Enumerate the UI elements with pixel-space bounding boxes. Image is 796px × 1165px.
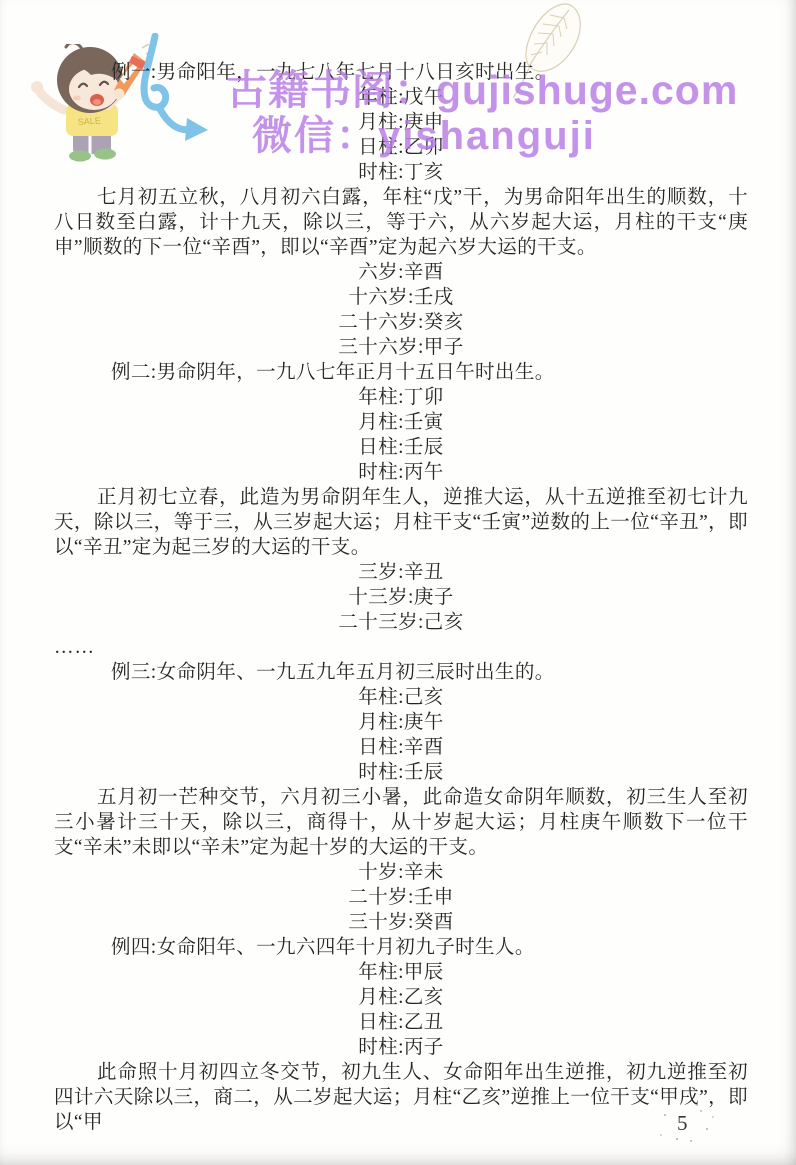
pillar-line: 年柱:戊午 [54,85,748,110]
luck-period-line: 二十六岁:癸亥 [54,310,748,335]
pillar-line: 时柱:丁亥 [54,160,748,185]
example-2-title: 例二:男命阴年，一九八七年正月十五日午时出生。 [54,360,748,385]
pillar-line: 日柱:乙卯 [54,135,748,160]
luck-period-line: 十三岁:庚子 [54,585,748,610]
example-3-title: 例三:女命阴年、一九五九年五月初三辰时出生的。 [54,660,748,685]
pillar-line: 日柱:壬辰 [54,435,748,460]
page-number: 5 [677,1111,688,1136]
luck-period-line: 三十六岁:甲子 [54,335,748,360]
pillar-line: 日柱:乙丑 [54,1010,748,1035]
scanned-book-page: SALE [0,0,796,1165]
example-4-title: 例四:女命阳年、一九六四年十月初九子时生人。 [54,935,748,960]
luck-period-line: 二十岁:壬申 [54,885,748,910]
luck-period-line: 三岁:辛丑 [54,560,748,585]
pillar-line: 时柱:丙子 [54,1035,748,1060]
example-2-paragraph: 正月初七立春，此造为男命阴年生人，逆推大运，从十五逆推至初七计九天，除以三，等于… [54,485,748,560]
example-1-paragraph: 七月初五立秋，八月初六白露，年柱“戊”干，为男命阳年出生的顺数，十八日数至白露，… [54,185,748,260]
pillar-line: 月柱:壬寅 [54,410,748,435]
pillar-line: 年柱:丁卯 [54,385,748,410]
pillar-line: 时柱:壬辰 [54,760,748,785]
scan-noise-speckles [660,1108,662,1110]
luck-period-line: 三十岁:癸酉 [54,910,748,935]
pillar-line: 年柱:己亥 [54,685,748,710]
pillar-line: 月柱:庚申 [54,110,748,135]
luck-period-line: 十岁:辛未 [54,860,748,885]
ellipsis-line: …… [54,635,748,660]
pillar-line: 时柱:丙午 [54,460,748,485]
pillar-line: 月柱:乙亥 [54,985,748,1010]
example-3-paragraph: 五月初一芒种交节，六月初三小暑，此命造女命阴年顺数，初三生人至初三小暑计三十天，… [54,785,748,860]
pillar-line: 年柱:甲辰 [54,960,748,985]
luck-period-line: 十六岁:壬戌 [54,285,748,310]
luck-period-line: 二十三岁:己亥 [54,610,748,635]
example-4-paragraph: 此命照十月初四立冬交节，初九生人、女命阳年出生逆推，初九逆推至初四计六天除以三，… [54,1060,748,1135]
page-content: 例一:男命阳年，一九七八年七月十八日亥时出生。 年柱:戊午 月柱:庚申 日柱:乙… [54,60,748,1135]
luck-period-line: 六岁:辛酉 [54,260,748,285]
example-1-title: 例一:男命阳年，一九七八年七月十八日亥时出生。 [54,60,748,85]
pillar-line: 月柱:庚午 [54,710,748,735]
pillar-line: 日柱:辛酉 [54,735,748,760]
